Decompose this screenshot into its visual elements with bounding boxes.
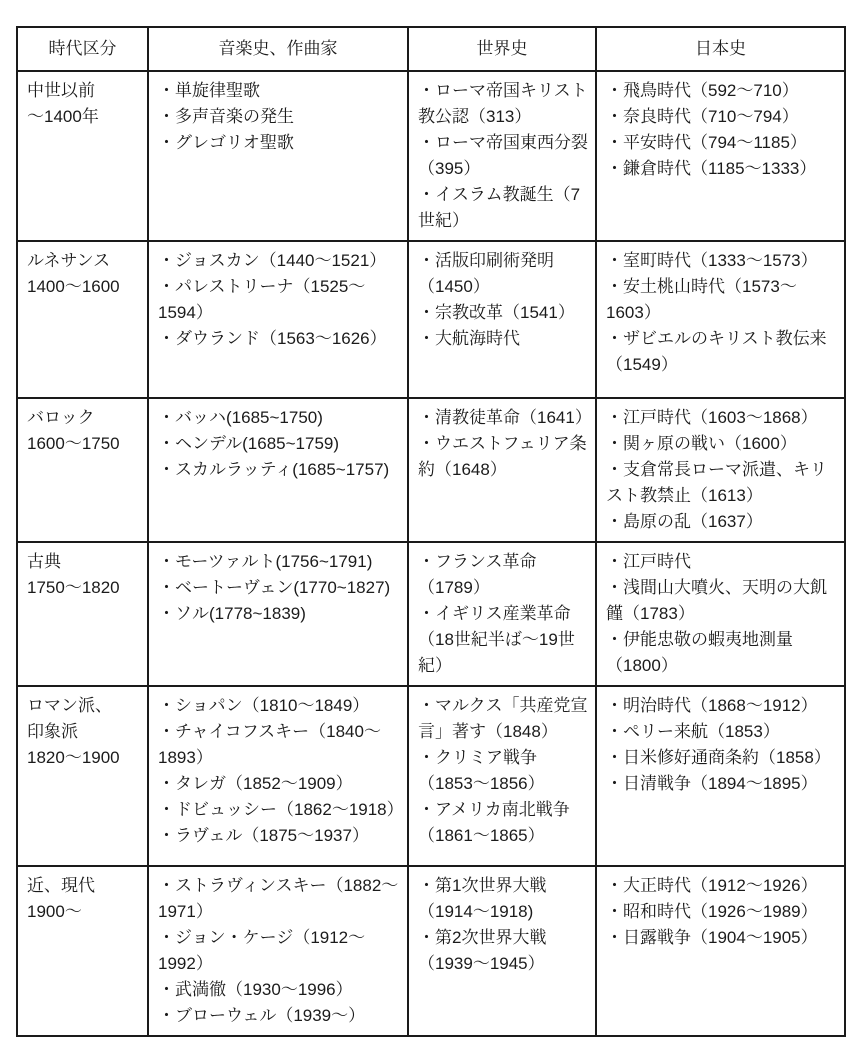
list-item: ・明治時代（1868～1912） [606,693,838,719]
list-item: ・ベートーヴェン(1770~1827) [158,575,401,601]
era-line: バロック [27,405,141,431]
list-item: ・ソル(1778~1839) [158,601,401,627]
list-item: ・第2次世界大戦（1939～1945） [418,925,589,977]
column-header-music: 音楽史、作曲家 [148,27,408,71]
list-item: ・武満徹（1930～1996） [158,977,401,1003]
list-item: ・室町時代（1333～1573） [606,248,838,274]
japan-cell: ・江戸時代・浅間山大噴火、天明の大飢饉（1783）・伊能忠敬の蝦夷地測量（180… [596,542,845,686]
list-item: ・単旋律聖歌 [158,78,401,104]
era-line: 古典 [27,549,141,575]
list-item: ・イスラム教誕生（7世紀） [418,182,589,234]
era-line: 近、現代 [27,873,141,899]
list-item: ・安土桃山時代（1573～1603） [606,274,838,326]
world-cell: ・清教徒革命（1641）・ウエストフェリア条約（1648） [408,398,596,542]
music-cell: ・ストラヴィンスキー（1882～1971）・ジョン・ケージ（1912～1992）… [148,866,408,1036]
list-item: ・宗教改革（1541） [418,300,589,326]
table-row: 古典1750～1820・モーツァルト(1756~1791)・ベートーヴェン(17… [17,542,845,686]
table-row: バロック1600～1750・バッハ(1685~1750)・ヘンデル(1685~1… [17,398,845,542]
list-item: ・ラヴェル（1875～1937） [158,823,401,849]
world-cell: ・フランス革命（1789）・イギリス産業革命（18世紀半ば～19世紀） [408,542,596,686]
list-item: ・奈良時代（710～794） [606,104,838,130]
japan-cell: ・室町時代（1333～1573）・安土桃山時代（1573～1603）・ザビエルの… [596,241,845,398]
list-item: ・ドビュッシー（1862～1918） [158,797,401,823]
japan-cell: ・明治時代（1868～1912）・ペリー来航（1853）・日米修好通商条約（18… [596,686,845,866]
world-cell: ・ローマ帝国キリスト教公認（313）・ローマ帝国東西分裂（395）・イスラム教誕… [408,71,596,241]
list-item: ・ローマ帝国キリスト教公認（313） [418,78,589,130]
era-cell: 古典1750～1820 [17,542,148,686]
music-cell: ・モーツァルト(1756~1791)・ベートーヴェン(1770~1827)・ソル… [148,542,408,686]
era-line: 1750～1820 [27,575,141,601]
list-item: ・昭和時代（1926～1989） [606,899,838,925]
japan-cell: ・大正時代（1912～1926）・昭和時代（1926～1989）・日露戦争（19… [596,866,845,1036]
era-line: 印象派 [27,719,141,745]
music-cell: ・ショパン（1810～1849）・チャイコフスキー（1840～1893）・タレガ… [148,686,408,866]
era-cell: バロック1600～1750 [17,398,148,542]
era-cell: 近、現代1900～ [17,866,148,1036]
music-history-timeline-table: 時代区分 音楽史、作曲家 世界史 日本史 中世以前～1400年・単旋律聖歌・多声… [16,26,846,1037]
world-cell: ・マルクス「共産党宣言」著す（1848）・クリミア戦争（1853～1856）・ア… [408,686,596,866]
list-item: ・日露戦争（1904～1905） [606,925,838,951]
music-cell: ・バッハ(1685~1750)・ヘンデル(1685~1759)・スカルラッティ(… [148,398,408,542]
era-cell: 中世以前～1400年 [17,71,148,241]
list-item: ・関ヶ原の戦い（1600） [606,431,838,457]
column-header-era: 時代区分 [17,27,148,71]
list-item: ・ダウランド（1563～1626） [158,326,401,352]
list-item: ・多声音楽の発生 [158,104,401,130]
list-item: ・グレゴリオ聖歌 [158,130,401,156]
list-item: ・ウエストフェリア条約（1648） [418,431,589,483]
timeline-table-body: 中世以前～1400年・単旋律聖歌・多声音楽の発生・グレゴリオ聖歌・ローマ帝国キリ… [17,71,845,1036]
era-line: 中世以前 [27,78,141,104]
list-item: ・ストラヴィンスキー（1882～1971） [158,873,401,925]
list-item: ・タレガ（1852～1909） [158,771,401,797]
list-item: ・パレストリーナ（1525～1594） [158,274,401,326]
list-item: ・日米修好通商条約（1858） [606,745,838,771]
list-item: ・第1次世界大戦（1914～1918) [418,873,589,925]
list-item: ・スカルラッティ(1685~1757) [158,457,401,483]
list-item: ・バッハ(1685~1750) [158,405,401,431]
table-row: 中世以前～1400年・単旋律聖歌・多声音楽の発生・グレゴリオ聖歌・ローマ帝国キリ… [17,71,845,241]
era-line: 1600～1750 [27,431,141,457]
table-row: ルネサンス1400～1600・ジョスカン（1440～1521）・パレストリーナ（… [17,241,845,398]
table-row: 近、現代1900～・ストラヴィンスキー（1882～1971）・ジョン・ケージ（1… [17,866,845,1036]
list-item: ・ヘンデル(1685~1759) [158,431,401,457]
era-line: ロマン派、 [27,693,141,719]
list-item: ・大正時代（1912～1926） [606,873,838,899]
music-cell: ・単旋律聖歌・多声音楽の発生・グレゴリオ聖歌 [148,71,408,241]
list-item: ・クリミア戦争（1853～1856） [418,745,589,797]
list-item: ・伊能忠敬の蝦夷地測量（1800） [606,627,838,679]
list-item: ・チャイコフスキー（1840～1893） [158,719,401,771]
list-item: ・マルクス「共産党宣言」著す（1848） [418,693,589,745]
list-item: ・アメリカ南北戦争（1861～1865） [418,797,589,849]
era-line: ルネサンス [27,248,141,274]
list-item: ・ジョン・ケージ（1912～1992） [158,925,401,977]
world-cell: ・第1次世界大戦（1914～1918)・第2次世界大戦（1939～1945） [408,866,596,1036]
list-item: ・イギリス産業革命（18世紀半ば～19世紀） [418,601,589,679]
list-item: ・江戸時代（1603～1868） [606,405,838,431]
page: 時代区分 音楽史、作曲家 世界史 日本史 中世以前～1400年・単旋律聖歌・多声… [0,0,859,1024]
list-item: ・鎌倉時代（1185～1333） [606,156,838,182]
list-item: ・江戸時代 [606,549,838,575]
list-item: ・清教徒革命（1641） [418,405,589,431]
list-item: ・支倉常長ローマ派遣、キリスト教禁止（1613） [606,457,838,509]
list-item: ・ショパン（1810～1849） [158,693,401,719]
list-item: ・ローマ帝国東西分裂（395） [418,130,589,182]
era-line: ～1400年 [27,104,141,130]
era-line: 1900～ [27,899,141,925]
era-line: 1400～1600 [27,274,141,300]
world-cell: ・活版印刷術発明（1450）・宗教改革（1541）・大航海時代 [408,241,596,398]
list-item: ・ブローウェル（1939～） [158,1003,401,1029]
column-header-world: 世界史 [408,27,596,71]
list-item: ・フランス革命（1789） [418,549,589,601]
era-line: 1820～1900 [27,745,141,771]
list-item: ・島原の乱（1637） [606,509,838,535]
era-cell: ロマン派、印象派1820～1900 [17,686,148,866]
list-item: ・ザビエルのキリスト教伝来（1549） [606,326,838,378]
list-item: ・モーツァルト(1756~1791) [158,549,401,575]
list-item: ・活版印刷術発明（1450） [418,248,589,300]
list-item: ・日清戦争（1894～1895） [606,771,838,797]
table-header-row: 時代区分 音楽史、作曲家 世界史 日本史 [17,27,845,71]
list-item: ・ペリー来航（1853） [606,719,838,745]
list-item: ・ジョスカン（1440～1521） [158,248,401,274]
list-item: ・浅間山大噴火、天明の大飢饉（1783） [606,575,838,627]
era-cell: ルネサンス1400～1600 [17,241,148,398]
list-item: ・平安時代（794～1185） [606,130,838,156]
japan-cell: ・飛鳥時代（592～710）・奈良時代（710～794）・平安時代（794～11… [596,71,845,241]
japan-cell: ・江戸時代（1603～1868）・関ヶ原の戦い（1600）・支倉常長ローマ派遣、… [596,398,845,542]
list-item: ・大航海時代 [418,326,589,352]
list-item: ・飛鳥時代（592～710） [606,78,838,104]
column-header-japan: 日本史 [596,27,845,71]
music-cell: ・ジョスカン（1440～1521）・パレストリーナ（1525～1594）・ダウラ… [148,241,408,398]
table-row: ロマン派、印象派1820～1900・ショパン（1810～1849）・チャイコフス… [17,686,845,866]
